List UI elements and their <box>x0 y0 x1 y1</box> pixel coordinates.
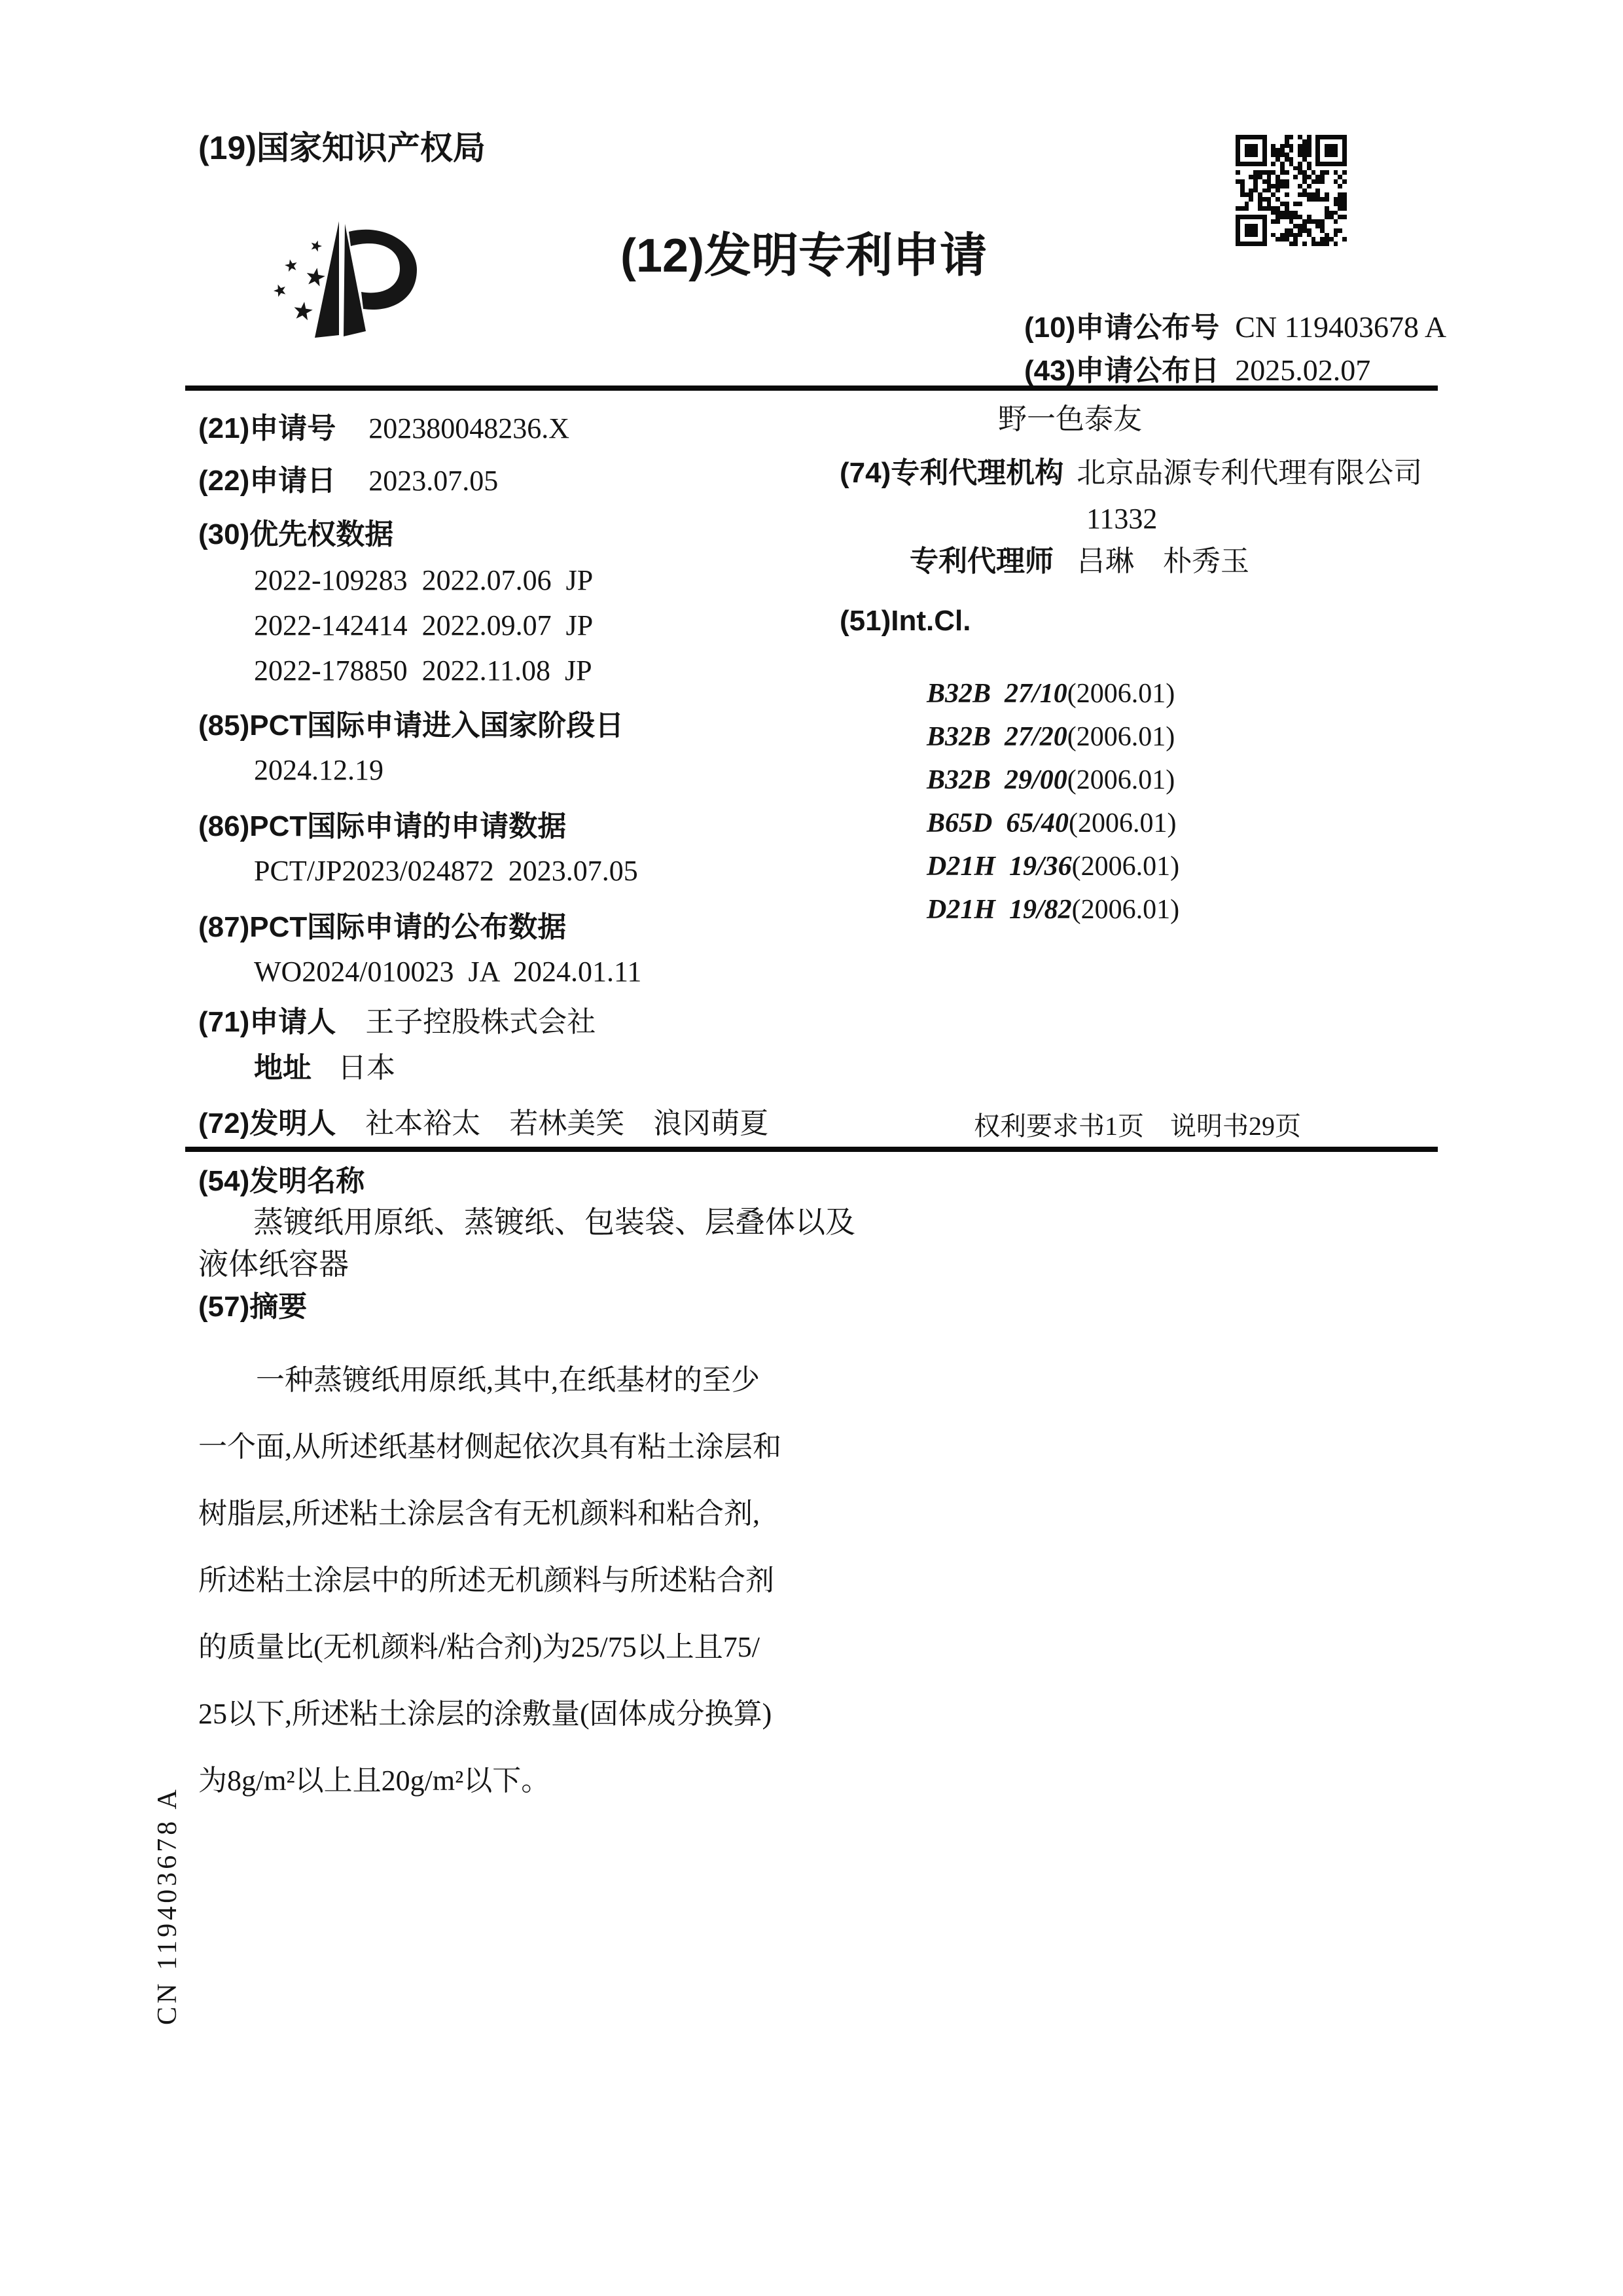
qr-module <box>1315 202 1320 206</box>
qr-module <box>1307 188 1311 193</box>
qr-module <box>1289 135 1294 139</box>
priority-data-label: (30)优先权数据 <box>198 518 393 552</box>
qr-module <box>1311 228 1316 233</box>
qr-module <box>1258 233 1262 238</box>
filing-date-label: (22)申请日 <box>198 465 336 498</box>
qr-module <box>1329 139 1334 144</box>
qr-module <box>1271 135 1275 139</box>
qr-module <box>1280 224 1285 228</box>
qr-module <box>1285 170 1289 175</box>
qr-module <box>1236 233 1240 238</box>
qr-module <box>1320 144 1325 149</box>
qr-module <box>1280 242 1285 246</box>
qr-module <box>1245 135 1249 139</box>
qr-module <box>1338 179 1342 184</box>
qr-module <box>1315 224 1320 228</box>
qr-module <box>1315 162 1320 166</box>
qr-module <box>1267 139 1272 144</box>
filing-date-value: 2023.07.05 <box>368 465 498 498</box>
qr-module <box>1253 135 1258 139</box>
qr-module <box>1289 202 1294 206</box>
qr-module <box>1275 206 1280 211</box>
qr-module <box>1289 179 1294 184</box>
qr-module <box>1262 166 1267 171</box>
qr-module <box>1342 166 1347 171</box>
qr-module <box>1338 188 1342 193</box>
qr-module <box>1325 157 1329 162</box>
qr-module <box>1249 139 1253 144</box>
qr-module <box>1245 219 1249 224</box>
qr-module <box>1280 184 1285 188</box>
qr-module <box>1262 215 1267 219</box>
qr-module <box>1307 237 1311 242</box>
qr-module <box>1285 215 1289 219</box>
qr-module <box>1249 192 1253 197</box>
qr-module <box>1307 242 1311 246</box>
qr-module <box>1315 219 1320 224</box>
qr-module <box>1298 211 1302 215</box>
qr-module <box>1249 197 1253 202</box>
qr-module <box>1271 184 1275 188</box>
qr-module <box>1338 219 1342 224</box>
qr-module <box>1245 224 1249 228</box>
qr-module <box>1315 237 1320 242</box>
qr-module <box>1334 211 1338 215</box>
qr-module <box>1315 192 1320 197</box>
qr-module <box>1249 144 1253 149</box>
qr-module <box>1289 206 1294 211</box>
qr-module <box>1338 157 1342 162</box>
intcl-entry: D21H 19/82(2006.01) <box>899 863 1179 958</box>
qr-module <box>1325 170 1329 175</box>
qr-module <box>1320 192 1325 197</box>
qr-module <box>1285 188 1289 193</box>
qr-module <box>1307 139 1311 144</box>
qr-module <box>1342 135 1347 139</box>
qr-module <box>1307 179 1311 184</box>
qr-module <box>1258 184 1262 188</box>
qr-module <box>1245 188 1249 193</box>
qr-module <box>1253 157 1258 162</box>
qr-module <box>1311 184 1316 188</box>
qr-module <box>1253 211 1258 215</box>
qr-module <box>1298 197 1302 202</box>
qr-module <box>1298 192 1302 197</box>
qr-module <box>1262 170 1267 175</box>
qr-module <box>1285 206 1289 211</box>
pct-national-stage-date: 2024.12.19 <box>254 754 383 787</box>
qr-module <box>1325 188 1329 193</box>
qr-module <box>1311 202 1316 206</box>
qr-module <box>1240 152 1245 157</box>
qr-module <box>1262 206 1267 211</box>
qr-module <box>1240 206 1245 211</box>
qr-module <box>1271 162 1275 166</box>
qr-module <box>1285 166 1289 171</box>
qr-module <box>1253 152 1258 157</box>
qr-module <box>1285 211 1289 215</box>
qr-module <box>1271 211 1275 215</box>
qr-module <box>1315 157 1320 162</box>
qr-module <box>1267 157 1272 162</box>
qr-module <box>1275 237 1280 242</box>
sidebar-doc-id: CN 119403678 A <box>152 1786 183 2025</box>
qr-module <box>1338 233 1342 238</box>
qr-module <box>1280 148 1285 152</box>
qr-module <box>1275 148 1280 152</box>
qr-module <box>1338 139 1342 144</box>
qr-module <box>1240 192 1245 197</box>
qr-module <box>1271 188 1275 193</box>
qr-module <box>1307 184 1311 188</box>
qr-module <box>1302 233 1307 238</box>
qr-module <box>1271 202 1275 206</box>
qr-module <box>1240 157 1245 162</box>
qr-module <box>1293 157 1298 162</box>
qr-module <box>1267 237 1272 242</box>
qr-module <box>1298 152 1302 157</box>
qr-module <box>1236 215 1240 219</box>
qr-module <box>1342 219 1347 224</box>
qr-module <box>1338 242 1342 246</box>
qr-module <box>1280 162 1285 166</box>
qr-module <box>1289 139 1294 144</box>
qr-module <box>1315 148 1320 152</box>
patent-front-page: (19)国家知识产权局 (12)发明专利申请 (10)申请公布号 CN 1194… <box>0 0 1623 2296</box>
qr-module <box>1267 144 1272 149</box>
qr-module <box>1236 224 1240 228</box>
qr-module <box>1338 228 1342 233</box>
qr-module <box>1338 202 1342 206</box>
qr-module <box>1334 237 1338 242</box>
qr-module <box>1249 215 1253 219</box>
qr-module <box>1280 237 1285 242</box>
qr-module <box>1245 184 1249 188</box>
qr-module <box>1285 184 1289 188</box>
qr-module <box>1320 219 1325 224</box>
qr-module <box>1334 197 1338 202</box>
qr-module <box>1289 211 1294 215</box>
qr-module <box>1338 211 1342 215</box>
qr-module <box>1320 179 1325 184</box>
qr-module <box>1307 202 1311 206</box>
qr-module <box>1280 219 1285 224</box>
qr-module <box>1302 188 1307 193</box>
qr-module <box>1267 175 1272 179</box>
address-label: 地址 <box>254 1052 312 1085</box>
qr-module <box>1236 139 1240 144</box>
qr-module <box>1311 233 1316 238</box>
qr-module <box>1342 139 1347 144</box>
priority-entry: 2022-142414 2022.09.07 JP <box>254 609 593 643</box>
qr-module <box>1275 215 1280 219</box>
qr-module <box>1249 135 1253 139</box>
qr-module <box>1342 228 1347 233</box>
qr-module <box>1293 211 1298 215</box>
qr-module <box>1311 219 1316 224</box>
qr-module <box>1258 139 1262 144</box>
qr-module <box>1249 162 1253 166</box>
qr-module <box>1271 144 1275 149</box>
inventors-continued: 野一色泰友 <box>998 403 1142 437</box>
qr-module <box>1267 192 1272 197</box>
qr-module <box>1325 233 1329 238</box>
abstract-line: 一种蒸镀纸用原纸,其中,在纸基材的至少 <box>198 1359 840 1402</box>
qr-module <box>1267 215 1272 219</box>
qr-module <box>1275 179 1280 184</box>
qr-module <box>1240 197 1245 202</box>
qr-module <box>1320 215 1325 219</box>
qr-module <box>1329 224 1334 228</box>
qr-module <box>1285 175 1289 179</box>
qr-module <box>1245 202 1249 206</box>
qr-module <box>1236 179 1240 184</box>
qr-module <box>1289 144 1294 149</box>
applicant-row: (71)申请人 王子控股株式会社 <box>198 1006 596 1039</box>
qr-module <box>1315 228 1320 233</box>
qr-module <box>1315 166 1320 171</box>
qr-module <box>1289 152 1294 157</box>
qr-module <box>1302 162 1307 166</box>
qr-module <box>1262 242 1267 246</box>
abstract-line: 一个面,从所述纸基材侧起依次具有粘土涂层和 <box>198 1426 840 1469</box>
qr-module <box>1245 197 1249 202</box>
qr-module <box>1320 206 1325 211</box>
qr-module <box>1307 211 1311 215</box>
pub-number-value: CN 119403678 A <box>1235 310 1446 345</box>
qr-module <box>1302 242 1307 246</box>
qr-module <box>1253 228 1258 233</box>
qr-module <box>1262 188 1267 193</box>
qr-module <box>1342 211 1347 215</box>
qr-module <box>1315 144 1320 149</box>
qr-module <box>1271 219 1275 224</box>
qr-module <box>1275 219 1280 224</box>
qr-module <box>1338 215 1342 219</box>
agency-label: (74)专利代理机构 <box>840 457 1063 490</box>
qr-module <box>1253 144 1258 149</box>
qr-module <box>1240 175 1245 179</box>
qr-module <box>1307 219 1311 224</box>
qr-module <box>1293 228 1298 233</box>
qr-module <box>1275 233 1280 238</box>
qr-module <box>1240 242 1245 246</box>
qr-module <box>1302 192 1307 197</box>
qr-module <box>1298 228 1302 233</box>
qr-module <box>1262 148 1267 152</box>
qr-module <box>1253 215 1258 219</box>
qr-module <box>1258 135 1262 139</box>
qr-module <box>1245 166 1249 171</box>
qr-module <box>1280 152 1285 157</box>
qr-module <box>1262 135 1267 139</box>
qr-module <box>1311 135 1316 139</box>
qr-module <box>1289 192 1294 197</box>
qr-module <box>1329 170 1334 175</box>
qr-module <box>1298 148 1302 152</box>
qr-module <box>1236 170 1240 175</box>
qr-module <box>1302 237 1307 242</box>
qr-module <box>1267 224 1272 228</box>
qr-module <box>1275 139 1280 144</box>
qr-module <box>1289 242 1294 246</box>
qr-module <box>1236 197 1240 202</box>
qr-module <box>1236 206 1240 211</box>
qr-module <box>1329 233 1334 238</box>
qr-module <box>1302 175 1307 179</box>
qr-module <box>1285 197 1289 202</box>
qr-module <box>1285 233 1289 238</box>
qr-module <box>1338 170 1342 175</box>
qr-module <box>1325 219 1329 224</box>
qr-module <box>1325 224 1329 228</box>
qr-module <box>1307 162 1311 166</box>
qr-module <box>1262 211 1267 215</box>
qr-module <box>1325 197 1329 202</box>
qr-module <box>1293 242 1298 246</box>
qr-module <box>1245 242 1249 246</box>
qr-module <box>1311 192 1316 197</box>
qr-module <box>1311 197 1316 202</box>
qr-module <box>1258 206 1262 211</box>
qr-module <box>1307 228 1311 233</box>
qr-module <box>1315 135 1320 139</box>
qr-module <box>1315 211 1320 215</box>
qr-module <box>1240 179 1245 184</box>
qr-module <box>1258 166 1262 171</box>
qr-module <box>1275 166 1280 171</box>
qr-module <box>1307 192 1311 197</box>
pct-publication-data-value: WO2024/010023 JA 2024.01.11 <box>254 956 641 989</box>
qr-module <box>1240 139 1245 144</box>
qr-module <box>1289 219 1294 224</box>
qr-module <box>1311 170 1316 175</box>
qr-module <box>1249 237 1253 242</box>
qr-module <box>1258 157 1262 162</box>
qr-module <box>1240 148 1245 152</box>
qr-module <box>1280 139 1285 144</box>
qr-module <box>1258 175 1262 179</box>
qr-module <box>1334 224 1338 228</box>
qr-module <box>1267 206 1272 211</box>
qr-module <box>1236 202 1240 206</box>
qr-module <box>1258 144 1262 149</box>
qr-module <box>1236 211 1240 215</box>
qr-module <box>1293 206 1298 211</box>
application-number-value: 202380048236.X <box>368 412 569 446</box>
qr-module <box>1275 242 1280 246</box>
invention-title-line2: 液体纸容器 <box>198 1247 349 1282</box>
qr-module <box>1275 144 1280 149</box>
qr-module <box>1329 219 1334 224</box>
qr-module <box>1271 139 1275 144</box>
applicant-name: 王子控股株式会社 <box>365 1006 596 1039</box>
qr-module <box>1325 215 1329 219</box>
qr-module <box>1280 157 1285 162</box>
abstract-line: 所述粘土涂层中的所述无机颜料与所述粘合剂 <box>198 1559 840 1602</box>
qr-module <box>1280 175 1285 179</box>
qr-module <box>1302 224 1307 228</box>
qr-module <box>1320 242 1325 246</box>
qr-module <box>1311 206 1316 211</box>
qr-module <box>1289 157 1294 162</box>
qr-module <box>1293 192 1298 197</box>
qr-module <box>1307 197 1311 202</box>
qr-module <box>1342 162 1347 166</box>
qr-module <box>1275 175 1280 179</box>
qr-module <box>1329 184 1334 188</box>
qr-module <box>1253 233 1258 238</box>
qr-module <box>1325 237 1329 242</box>
qr-module <box>1307 215 1311 219</box>
qr-module <box>1249 170 1253 175</box>
priority-entry: 2022-178850 2022.11.08 JP <box>254 655 592 688</box>
qr-module <box>1293 215 1298 219</box>
qr-module <box>1315 170 1320 175</box>
qr-module <box>1293 188 1298 193</box>
applicant-label: (71)申请人 <box>198 1006 336 1039</box>
qr-module <box>1311 175 1316 179</box>
qr-module <box>1236 162 1240 166</box>
qr-module <box>1249 233 1253 238</box>
qr-module <box>1342 175 1347 179</box>
qr-module <box>1298 188 1302 193</box>
qr-module <box>1325 152 1329 157</box>
qr-module <box>1289 197 1294 202</box>
qr-module <box>1338 135 1342 139</box>
qr-module <box>1267 184 1272 188</box>
qr-module <box>1338 152 1342 157</box>
qr-module <box>1249 179 1253 184</box>
qr-module <box>1334 228 1338 233</box>
qr-module <box>1275 228 1280 233</box>
qr-module <box>1329 175 1334 179</box>
qr-module <box>1302 152 1307 157</box>
qr-module <box>1280 211 1285 215</box>
qr-module <box>1298 215 1302 219</box>
qr-module <box>1285 242 1289 246</box>
qr-module <box>1307 175 1311 179</box>
qr-module <box>1262 224 1267 228</box>
qr-module <box>1311 162 1316 166</box>
qr-module <box>1249 157 1253 162</box>
qr-module <box>1253 148 1258 152</box>
qr-module <box>1275 162 1280 166</box>
qr-module <box>1249 242 1253 246</box>
qr-module <box>1311 224 1316 228</box>
qr-module <box>1307 224 1311 228</box>
qr-module <box>1302 148 1307 152</box>
qr-module <box>1245 206 1249 211</box>
qr-module <box>1298 162 1302 166</box>
qr-module <box>1245 215 1249 219</box>
qr-module <box>1267 188 1272 193</box>
qr-module <box>1258 228 1262 233</box>
qr-module <box>1302 215 1307 219</box>
qr-module <box>1342 197 1347 202</box>
qr-module <box>1285 135 1289 139</box>
qr-module <box>1320 157 1325 162</box>
qr-module <box>1293 237 1298 242</box>
qr-module <box>1293 170 1298 175</box>
intcl-code: D21H 19/82 <box>927 895 1072 925</box>
qr-module <box>1311 166 1316 171</box>
inventors-row: (72)发明人 社本裕太 若林美笑 浪冈萌夏 <box>198 1107 768 1141</box>
qr-module <box>1298 175 1302 179</box>
qr-module <box>1249 166 1253 171</box>
qr-module <box>1289 148 1294 152</box>
agent-label: 专利代理师 <box>910 545 1054 579</box>
